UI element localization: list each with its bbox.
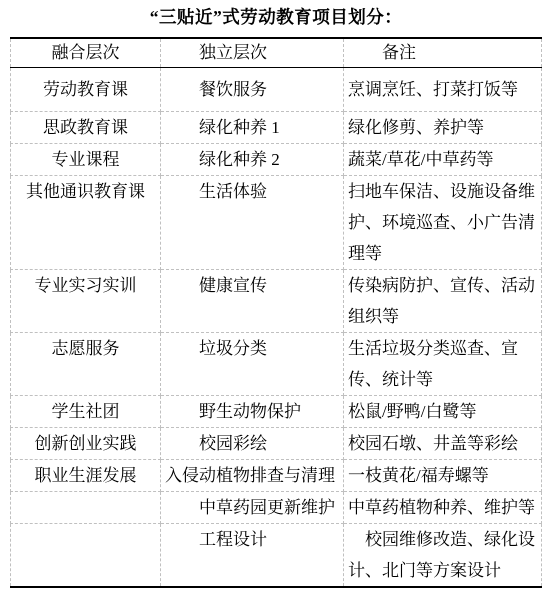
table-cell: 校园维修改造、绿化设计、北门等方案设计 — [344, 524, 542, 588]
table-cell: 专业实习实训 — [11, 270, 161, 333]
column-header: 融合层次 — [11, 38, 161, 68]
table-cell: 其他通识教育课 — [11, 176, 161, 270]
table-cell: 野生动物保护 — [161, 396, 344, 428]
table-header-row: 融合层次 独立层次 备注 — [11, 38, 542, 68]
table-cell: 学生社团 — [11, 396, 161, 428]
table-cell: 生活体验 — [161, 176, 344, 270]
table-row: 专业实习实训 健康宣传传染病防护、宣传、活动组织等 — [11, 270, 542, 333]
table-cell: 劳动教育课 — [11, 68, 161, 112]
table-body: 劳动教育课 餐饮服务烹调烹饪、打菜打饭等思政教育课 绿化种养 1绿化修剪、养护等… — [11, 68, 542, 588]
table-cell: 一枝黄花/福寿螺等 — [344, 460, 542, 492]
column-header: 备注 — [344, 38, 542, 68]
table-cell: 传染病防护、宣传、活动组织等 — [344, 270, 542, 333]
labor-education-table: 融合层次 独立层次 备注 劳动教育课 餐饮服务烹调烹饪、打菜打饭等思政教育课 绿… — [10, 37, 542, 588]
table-cell: 餐饮服务 — [161, 68, 344, 112]
table-cell — [11, 524, 161, 588]
table-cell: 思政教育课 — [11, 112, 161, 144]
table-row: 劳动教育课 餐饮服务烹调烹饪、打菜打饭等 — [11, 68, 542, 112]
table-row: 学生社团 野生动物保护松鼠/野鸭/白鹭等 — [11, 396, 542, 428]
table-cell: 校园石墩、井盖等彩绘 — [344, 428, 542, 460]
table-cell — [11, 492, 161, 524]
table-row: 中草药园更新维护中草药植物种养、维护等 — [11, 492, 542, 524]
table-cell: 职业生涯发展 — [11, 460, 161, 492]
table-cell: 健康宣传 — [161, 270, 344, 333]
table-cell: 校园彩绘 — [161, 428, 344, 460]
document-page: “三贴近”式劳动教育项目划分： 融合层次 独立层次 备注 劳动教育课 餐饮服务烹… — [0, 6, 552, 588]
table-cell: 专业课程 — [11, 144, 161, 176]
table-header: 融合层次 独立层次 备注 — [11, 38, 542, 68]
table-cell: 松鼠/野鸭/白鹭等 — [344, 396, 542, 428]
table-row: 创新创业实践 校园彩绘校园石墩、井盖等彩绘 — [11, 428, 542, 460]
table-cell: 工程设计 — [161, 524, 344, 588]
table-cell: 中草药园更新维护 — [161, 492, 344, 524]
table-cell: 志愿服务 — [11, 333, 161, 396]
table-row: 志愿服务 垃圾分类生活垃圾分类巡查、宣传、统计等 — [11, 333, 542, 396]
table-cell: 蔬菜/草花/中草药等 — [344, 144, 542, 176]
table-row: 职业生涯发展入侵动植物排查与清理一枝黄花/福寿螺等 — [11, 460, 542, 492]
table-row: 专业课程 绿化种养 2蔬菜/草花/中草药等 — [11, 144, 542, 176]
table-row: 工程设计 校园维修改造、绿化设计、北门等方案设计 — [11, 524, 542, 588]
table-cell: 绿化种养 1 — [161, 112, 344, 144]
page-title: “三贴近”式劳动教育项目划分： — [0, 6, 552, 28]
table-row: 思政教育课 绿化种养 1绿化修剪、养护等 — [11, 112, 542, 144]
table-row: 其他通识教育课 生活体验扫地车保洁、设施设备维护、环境巡查、小广告清理等 — [11, 176, 542, 270]
table-cell: 垃圾分类 — [161, 333, 344, 396]
table-cell: 中草药植物种养、维护等 — [344, 492, 542, 524]
column-header: 独立层次 — [161, 38, 344, 68]
table-cell: 绿化种养 2 — [161, 144, 344, 176]
table-cell: 绿化修剪、养护等 — [344, 112, 542, 144]
table-cell: 烹调烹饪、打菜打饭等 — [344, 68, 542, 112]
table-cell: 扫地车保洁、设施设备维护、环境巡查、小广告清理等 — [344, 176, 542, 270]
table-cell: 入侵动植物排查与清理 — [161, 460, 344, 492]
table-cell: 创新创业实践 — [11, 428, 161, 460]
table-cell: 生活垃圾分类巡查、宣传、统计等 — [344, 333, 542, 396]
